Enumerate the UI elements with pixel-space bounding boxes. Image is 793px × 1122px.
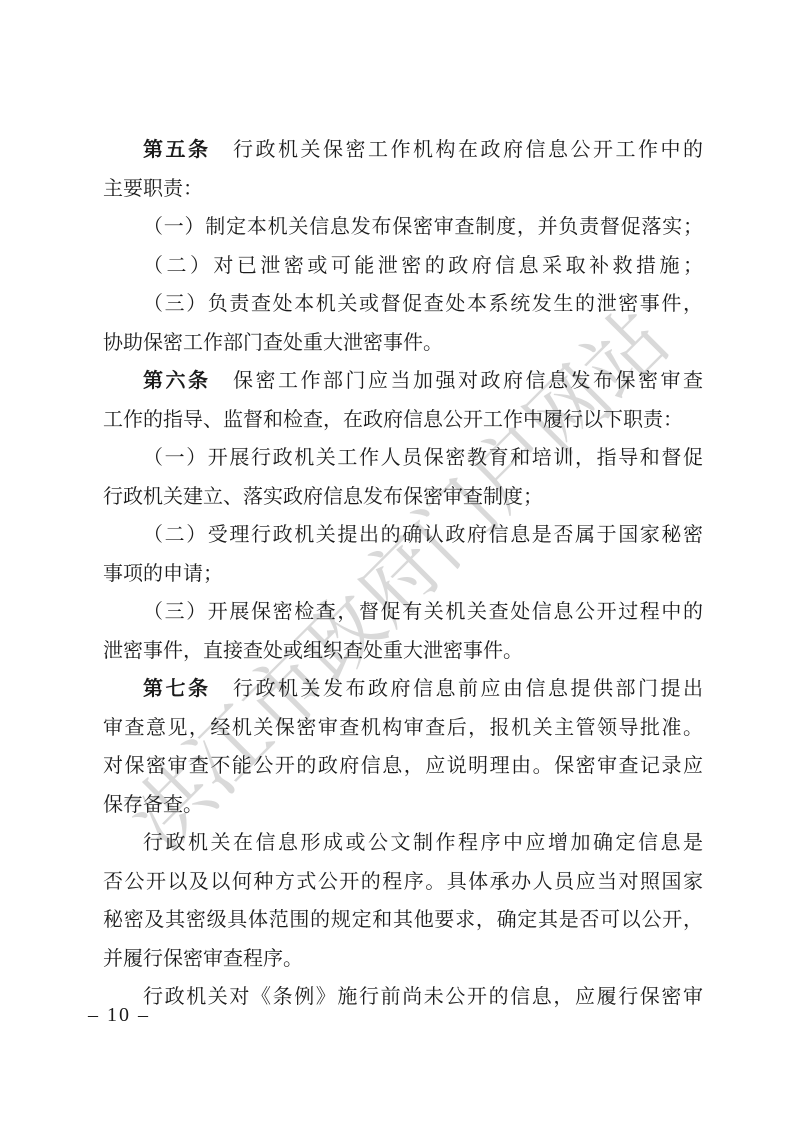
text-line: （三）开展保密检查，督促有关机关查处信息公开过程中的 — [103, 593, 703, 632]
article-number: 第七条 — [143, 678, 211, 700]
line-text: （二）受理行政机关提出的确认政府信息是否属于国家秘密 — [143, 524, 703, 546]
article-number: 第六条 — [143, 370, 211, 392]
document-body: 第五条 行政机关保密工作机构在政府信息公开工作中的主要职责：（一）制定本机关信息… — [103, 131, 703, 1017]
line-text: （一）开展行政机关工作人员保密教育和培训，指导和督促 — [143, 447, 703, 469]
article-number: 第五条 — [143, 139, 211, 161]
text-line: 泄密事件，直接查处或组织查处重大泄密事件。 — [103, 632, 703, 671]
text-line: 否公开以及以何种方式公开的程序。具体承办人员应当对照国家 — [103, 863, 703, 902]
line-text: 保存备查。 — [103, 794, 203, 816]
line-text: （三）负责查处本机关或督促查处本系统发生的泄密事件， — [143, 293, 703, 315]
text-line: 第六条 保密工作部门应当加强对政府信息发布保密审查 — [103, 362, 703, 401]
line-text: 行政机关在信息形成或公文制作程序中应增加确定信息是 — [143, 832, 703, 854]
line-text: （三）开展保密检查，督促有关机关查处信息公开过程中的 — [143, 601, 703, 623]
line-text: 秘密及其密级具体范围的规定和其他要求，确定其是否可以公开， — [103, 909, 703, 931]
line-text: 主要职责： — [103, 178, 203, 200]
text-line: 事项的申请； — [103, 555, 703, 594]
text-line: 第七条 行政机关发布政府信息前应由信息提供部门提出 — [103, 670, 703, 709]
text-line: 并履行保密审查程序。 — [103, 940, 703, 979]
text-line: 对保密审查不能公开的政府信息，应说明理由。保密审查记录应 — [103, 747, 703, 786]
line-text: （二）对已泄密或可能泄密的政府信息采取补救措施； — [143, 255, 703, 277]
text-line: 第五条 行政机关保密工作机构在政府信息公开工作中的 — [103, 131, 703, 170]
text-line: 行政机关建立、落实政府信息发布保密审查制度； — [103, 478, 703, 517]
text-line: 工作的指导、监督和检查，在政府信息公开工作中履行以下职责： — [103, 401, 703, 440]
line-text: 泄密事件，直接查处或组织查处重大泄密事件。 — [103, 640, 523, 662]
line-text: 审查意见，经机关保密审查机构审查后，报机关主管领导批准。 — [103, 717, 703, 739]
line-text: 否公开以及以何种方式公开的程序。具体承办人员应当对照国家 — [103, 871, 703, 893]
line-text: 行政机关保密工作机构在政府信息公开工作中的 — [211, 139, 704, 161]
line-text: （一）制定本机关信息发布保密审查制度，并负责督促落实； — [143, 216, 703, 238]
line-text: 协助保密工作部门查处重大泄密事件。 — [103, 332, 443, 354]
line-text: 行政机关对《条例》施行前尚未公开的信息，应履行保密审 — [143, 986, 703, 1008]
document-page: 洪江市政府门户网站 第五条 行政机关保密工作机构在政府信息公开工作中的主要职责：… — [0, 0, 793, 1122]
text-line: （一）制定本机关信息发布保密审查制度，并负责督促落实； — [103, 208, 703, 247]
text-line: 协助保密工作部门查处重大泄密事件。 — [103, 324, 703, 363]
line-text: 行政机关发布政府信息前应由信息提供部门提出 — [211, 678, 704, 700]
text-line: （二）对已泄密或可能泄密的政府信息采取补救措施； — [103, 247, 703, 286]
text-line: 秘密及其密级具体范围的规定和其他要求，确定其是否可以公开， — [103, 901, 703, 940]
text-line: 审查意见，经机关保密审查机构审查后，报机关主管领导批准。 — [103, 709, 703, 748]
text-line: 主要职责： — [103, 170, 703, 209]
line-text: 行政机关建立、落实政府信息发布保密审查制度； — [103, 486, 543, 508]
text-line: （一）开展行政机关工作人员保密教育和培训，指导和督促 — [103, 439, 703, 478]
text-line: 保存备查。 — [103, 786, 703, 825]
text-line: 行政机关在信息形成或公文制作程序中应增加确定信息是 — [103, 824, 703, 863]
line-text: 并履行保密审查程序。 — [103, 948, 303, 970]
line-text: 对保密审查不能公开的政府信息，应说明理由。保密审查记录应 — [103, 755, 703, 777]
line-text: 保密工作部门应当加强对政府信息发布保密审查 — [211, 370, 704, 392]
text-line: 行政机关对《条例》施行前尚未公开的信息，应履行保密审 — [103, 978, 703, 1017]
line-text: 事项的申请； — [103, 563, 223, 585]
page-number: – 10 – — [88, 1000, 150, 1030]
text-line: （三）负责查处本机关或督促查处本系统发生的泄密事件， — [103, 285, 703, 324]
line-text: 工作的指导、监督和检查，在政府信息公开工作中履行以下职责： — [103, 409, 683, 431]
text-line: （二）受理行政机关提出的确认政府信息是否属于国家秘密 — [103, 516, 703, 555]
